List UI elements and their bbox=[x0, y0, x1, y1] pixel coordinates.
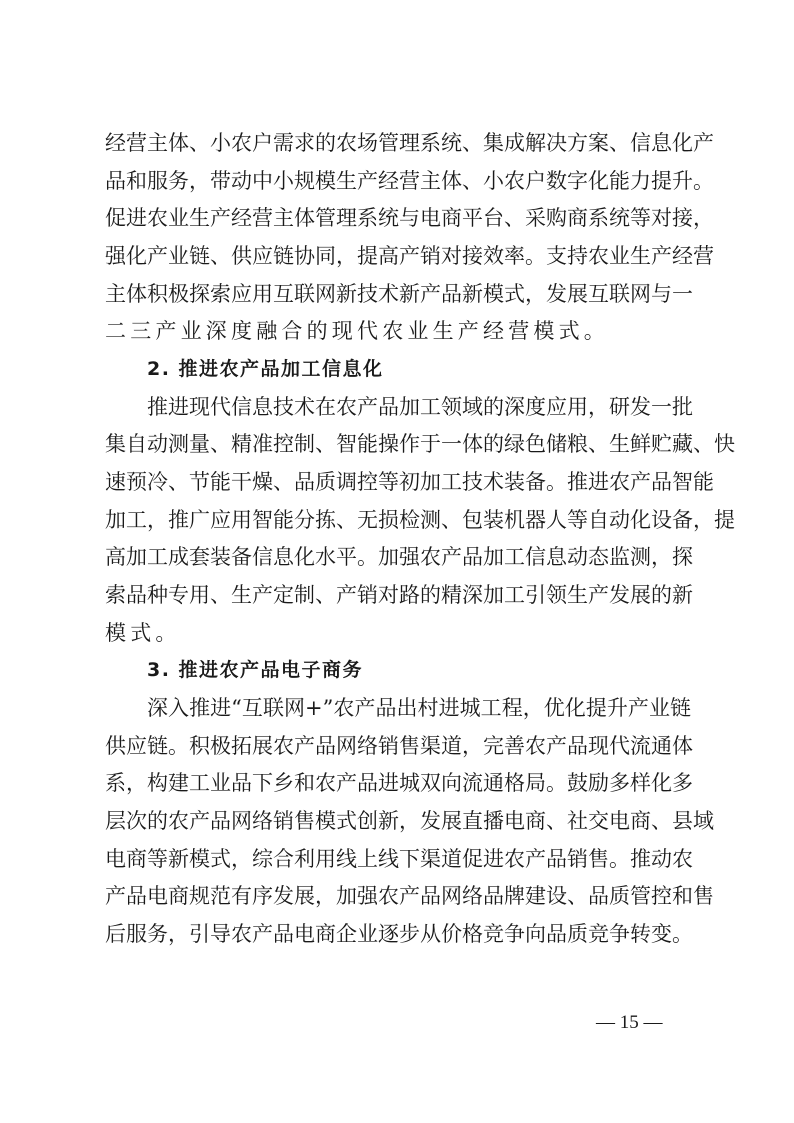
paragraph-line: 索品种专用、生产定制、产销对路的精深加工引领生产发展的新 bbox=[105, 576, 691, 614]
paragraph-line: 高加工成套装备信息化水平。加强农产品加工信息动态监测，探 bbox=[105, 538, 691, 576]
section-heading: 2. 推进农产品加工信息化 bbox=[147, 350, 384, 388]
paragraph-line: 供应链。积极拓展农产品网络销售渠道，完善农产品现代流通体 bbox=[105, 727, 691, 765]
paragraph-line: 强化产业链、供应链协同，提高产销对接效率。支持农业生产经营 bbox=[105, 237, 691, 275]
paragraph-line: 系，构建工业品下乡和农产品进城双向流通格局。鼓励多样化多 bbox=[105, 764, 691, 802]
paragraph-line: 推进现代信息技术在农产品加工领域的深度应用，研发一批 bbox=[147, 388, 691, 426]
document-page: 经营主体、小农户需求的农场管理系统、集成解决方案、信息化产 品和服务，带动中小规… bbox=[0, 0, 794, 1123]
paragraph-line: 产品电商规范有序发展，加强农产品网络品牌建设、品质管控和售 bbox=[105, 877, 691, 915]
paragraph-line: 主体积极探索应用互联网新技术新产品新模式，发展互联网与一 bbox=[105, 275, 691, 313]
section-heading: 3. 推进农产品电子商务 bbox=[147, 651, 363, 689]
paragraph-line: 促进农业生产经营主体管理系统与电商平台、采购商系统等对接， bbox=[105, 199, 691, 237]
paragraph-line: 二三产业深度融合的现代农业生产经营模式。 bbox=[105, 312, 691, 350]
paragraph-line: 速预冷、节能干燥、品质调控等初加工技术装备。推进农产品智能 bbox=[105, 463, 691, 501]
paragraph-line: 后服务，引导农产品电商企业逐步从价格竞争向品质竞争转变。 bbox=[105, 915, 691, 953]
page-number: — 15 — bbox=[596, 1012, 663, 1034]
paragraph-line: 模式。 bbox=[105, 614, 691, 652]
paragraph-line: 加工，推广应用智能分拣、无损检测、包装机器人等自动化设备，提 bbox=[105, 501, 691, 539]
paragraph-line: 电商等新模式，综合利用线上线下渠道促进农产品销售。推动农 bbox=[105, 840, 691, 878]
paragraph-line: 深入推进“互联网+”农产品出村进城工程，优化提升产业链 bbox=[147, 689, 691, 727]
paragraph-line: 层次的农产品网络销售模式创新，发展直播电商、社交电商、县域 bbox=[105, 802, 691, 840]
paragraph-line: 经营主体、小农户需求的农场管理系统、集成解决方案、信息化产 bbox=[105, 124, 691, 162]
paragraph-line: 品和服务，带动中小规模生产经营主体、小农户数字化能力提升。 bbox=[105, 162, 691, 200]
paragraph-line: 集自动测量、精准控制、智能操作于一体的绿色储粮、生鲜贮藏、快 bbox=[105, 425, 691, 463]
